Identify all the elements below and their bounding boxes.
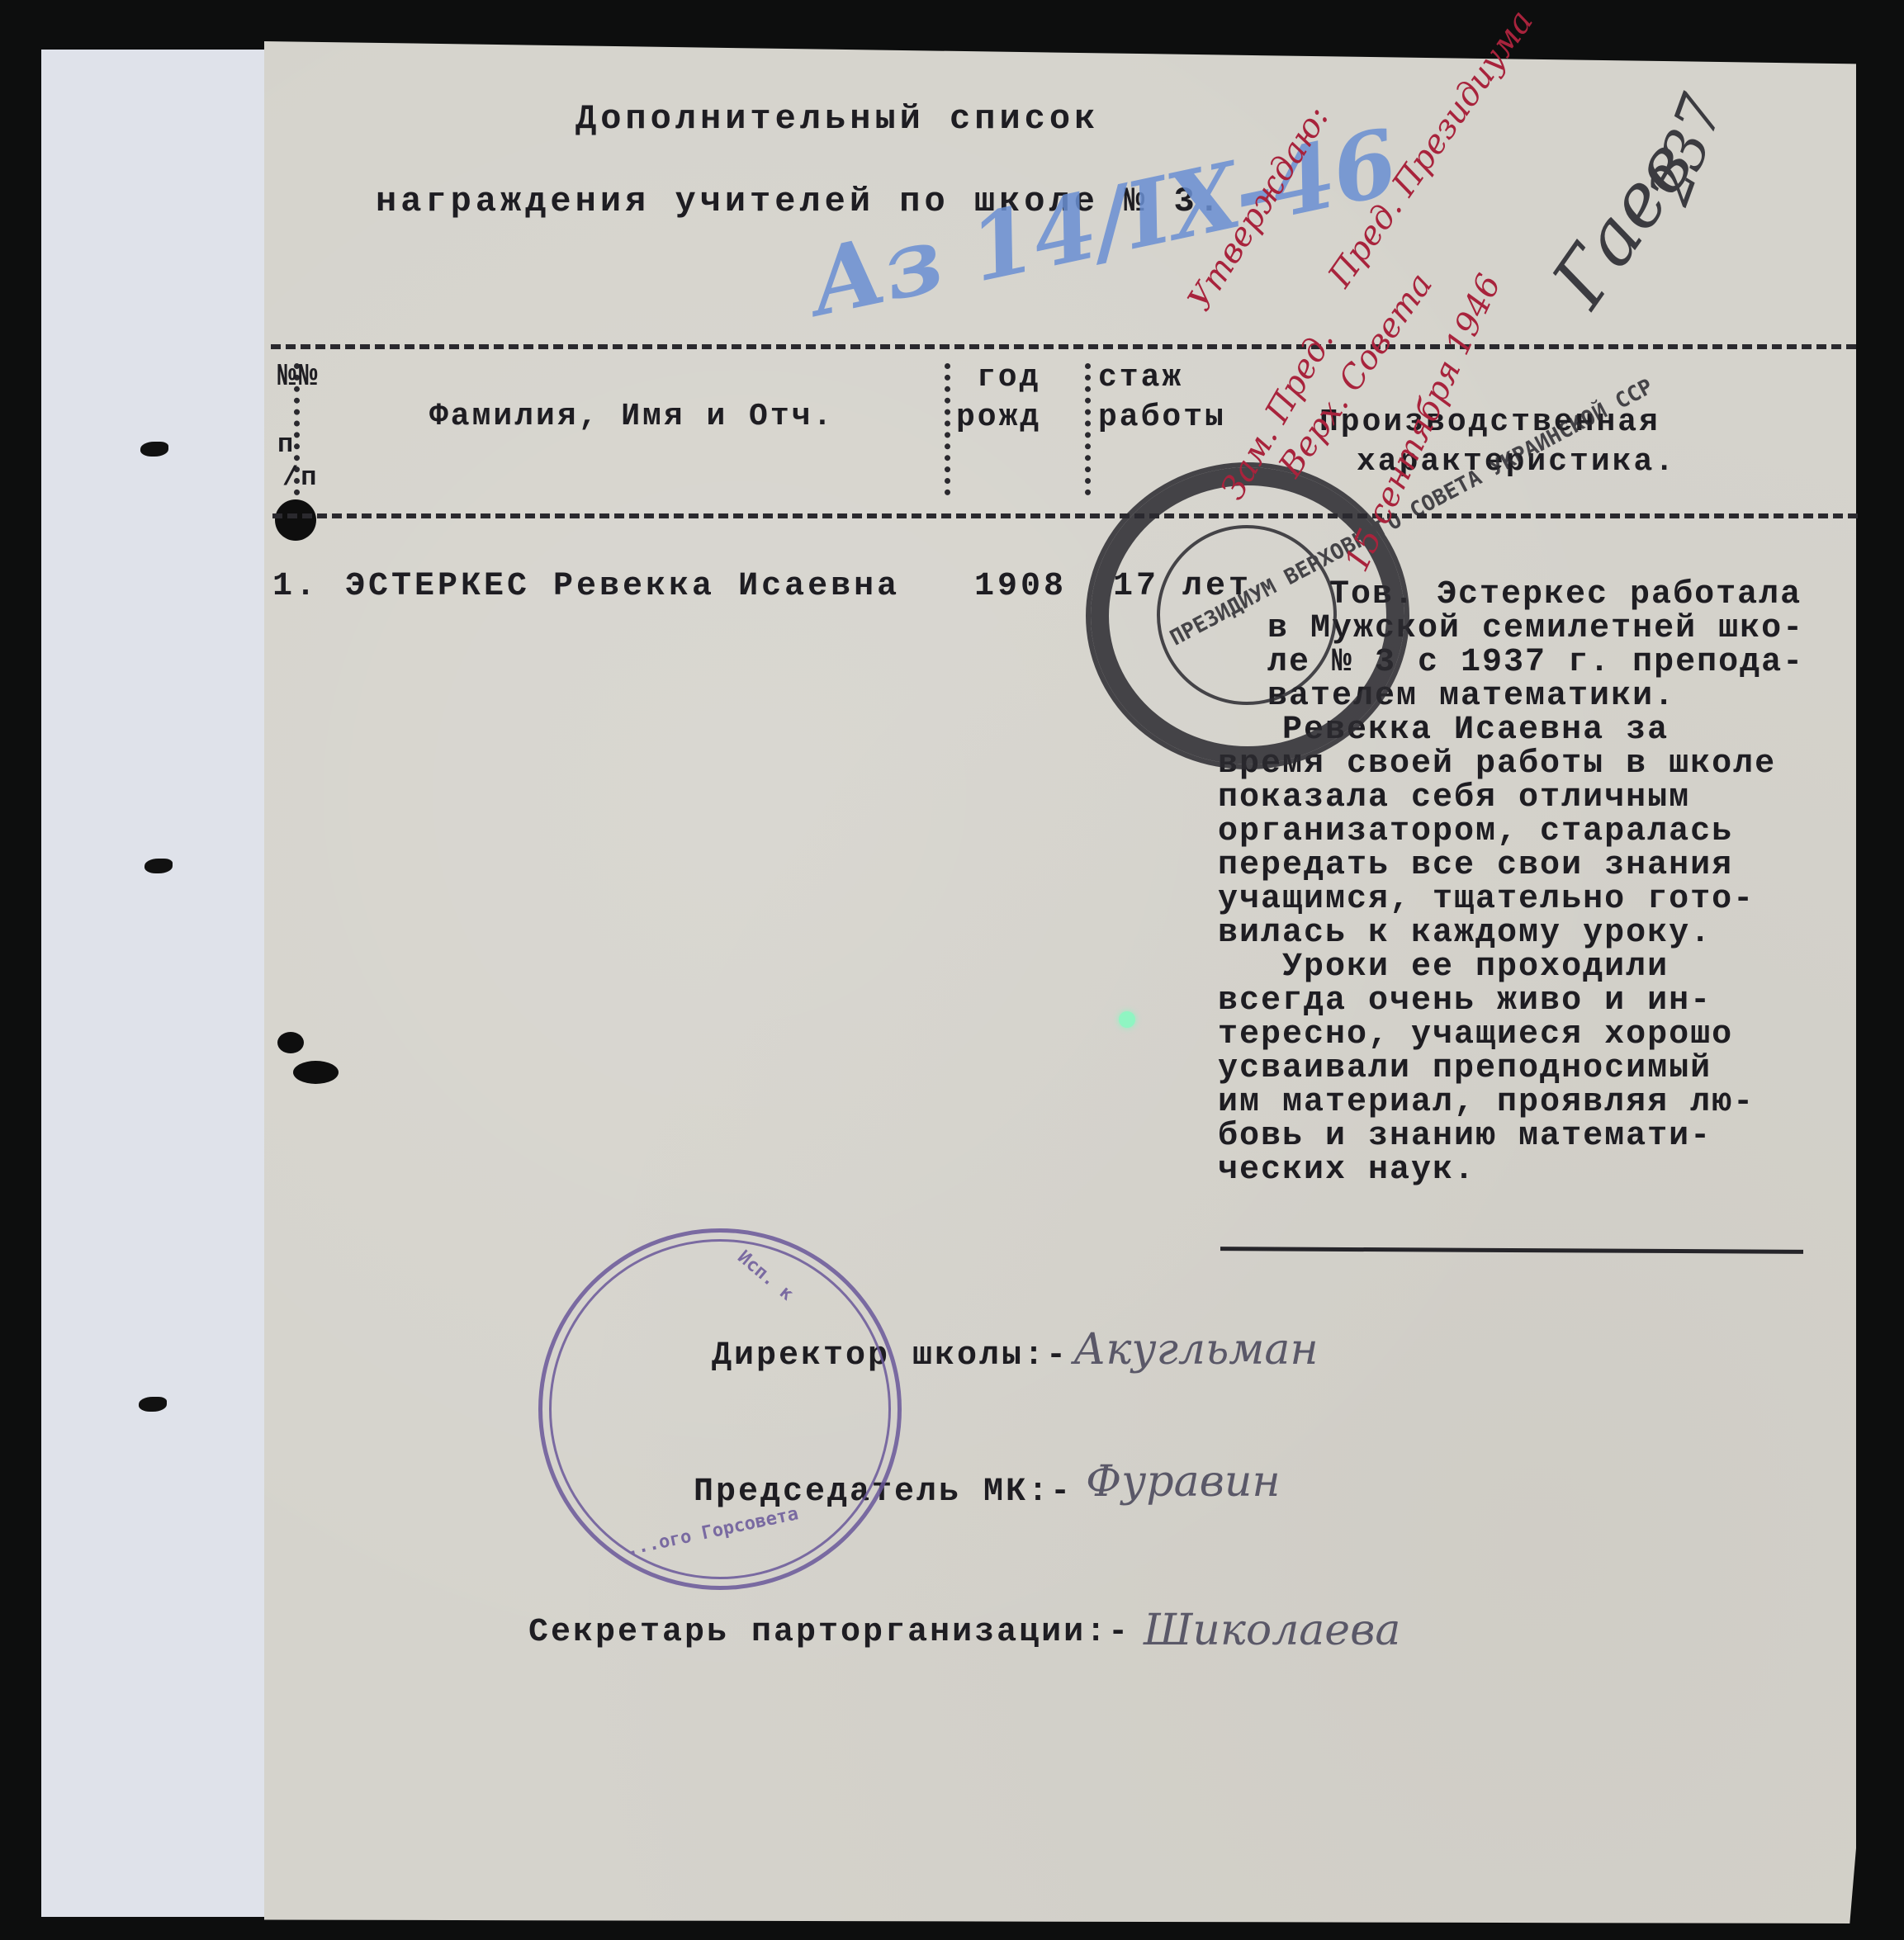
characteristic-line: показала себя отличным	[1218, 781, 1862, 815]
row-name: ЭСТЕРКЕС Ревекка Исаевна	[345, 568, 900, 605]
header-birth-line1: год	[977, 360, 1040, 395]
header-number-line2: п	[277, 429, 296, 460]
row-number: 1.	[272, 568, 319, 605]
white-paper-strip	[41, 50, 276, 1917]
characteristic-line: передать все свои знания	[1218, 849, 1862, 882]
signature-party-secretary: Шиколаева	[1144, 1606, 1400, 1655]
header-tenure-line1: стаж	[1098, 360, 1183, 395]
light-reflection	[1119, 1011, 1135, 1028]
table-top-rule	[271, 344, 1856, 349]
characteristic-line: им материал, проявляя лю-	[1218, 1086, 1862, 1119]
column-divider	[945, 363, 950, 495]
characteristic-line: Уроки ее проходили	[1218, 950, 1862, 984]
header-number-line3: /п	[282, 462, 319, 493]
column-divider	[1085, 363, 1091, 495]
characteristic-line: бовь и знанию математи-	[1218, 1119, 1862, 1153]
table-header-bottom-rule	[272, 513, 1858, 518]
signature-director: Акугльман	[1073, 1325, 1319, 1375]
ink-blot	[293, 1061, 339, 1084]
signature-chairman: Фуравин	[1086, 1457, 1281, 1507]
characteristic-line: учащимся, тщательно гото-	[1218, 882, 1862, 916]
characteristic-line: вилась к каждому уроку.	[1218, 916, 1862, 950]
characteristic-line: ческих наук.	[1218, 1153, 1862, 1187]
header-name: Фамилия, Имя и Отч.	[429, 399, 834, 434]
ink-blot	[277, 1032, 304, 1053]
school-round-stamp: Исп. к ...ого Горсовета	[538, 1228, 902, 1590]
header-tenure-line2: работы	[1098, 400, 1226, 435]
punch-hole	[139, 1397, 167, 1412]
punch-hole	[144, 859, 173, 873]
ink-blot	[275, 499, 316, 541]
characteristic-line: всегда очень живо и ин-	[1218, 984, 1862, 1018]
punch-hole	[140, 442, 168, 457]
header-birth-line2: рожд	[956, 400, 1041, 435]
header-number-line1: №№	[277, 359, 320, 395]
characteristic-line: усваивали преподносимый	[1218, 1052, 1862, 1086]
presidium-seal-stamp: ПРЕЗИДИУМ ВЕРХОВНОГО СОВЕТА УКРАИНСКОЙ С…	[1086, 462, 1409, 769]
signature-label-party-secretary: Секретарь парторганизации:-	[528, 1614, 1130, 1651]
characteristic-line: организатором, старалась	[1218, 815, 1862, 849]
characteristic-line: тересно, учащиеся хорошо	[1218, 1018, 1862, 1052]
document-title-line1: Дополнительный список	[575, 99, 1099, 139]
row-birth-year: 1908	[974, 568, 1067, 605]
